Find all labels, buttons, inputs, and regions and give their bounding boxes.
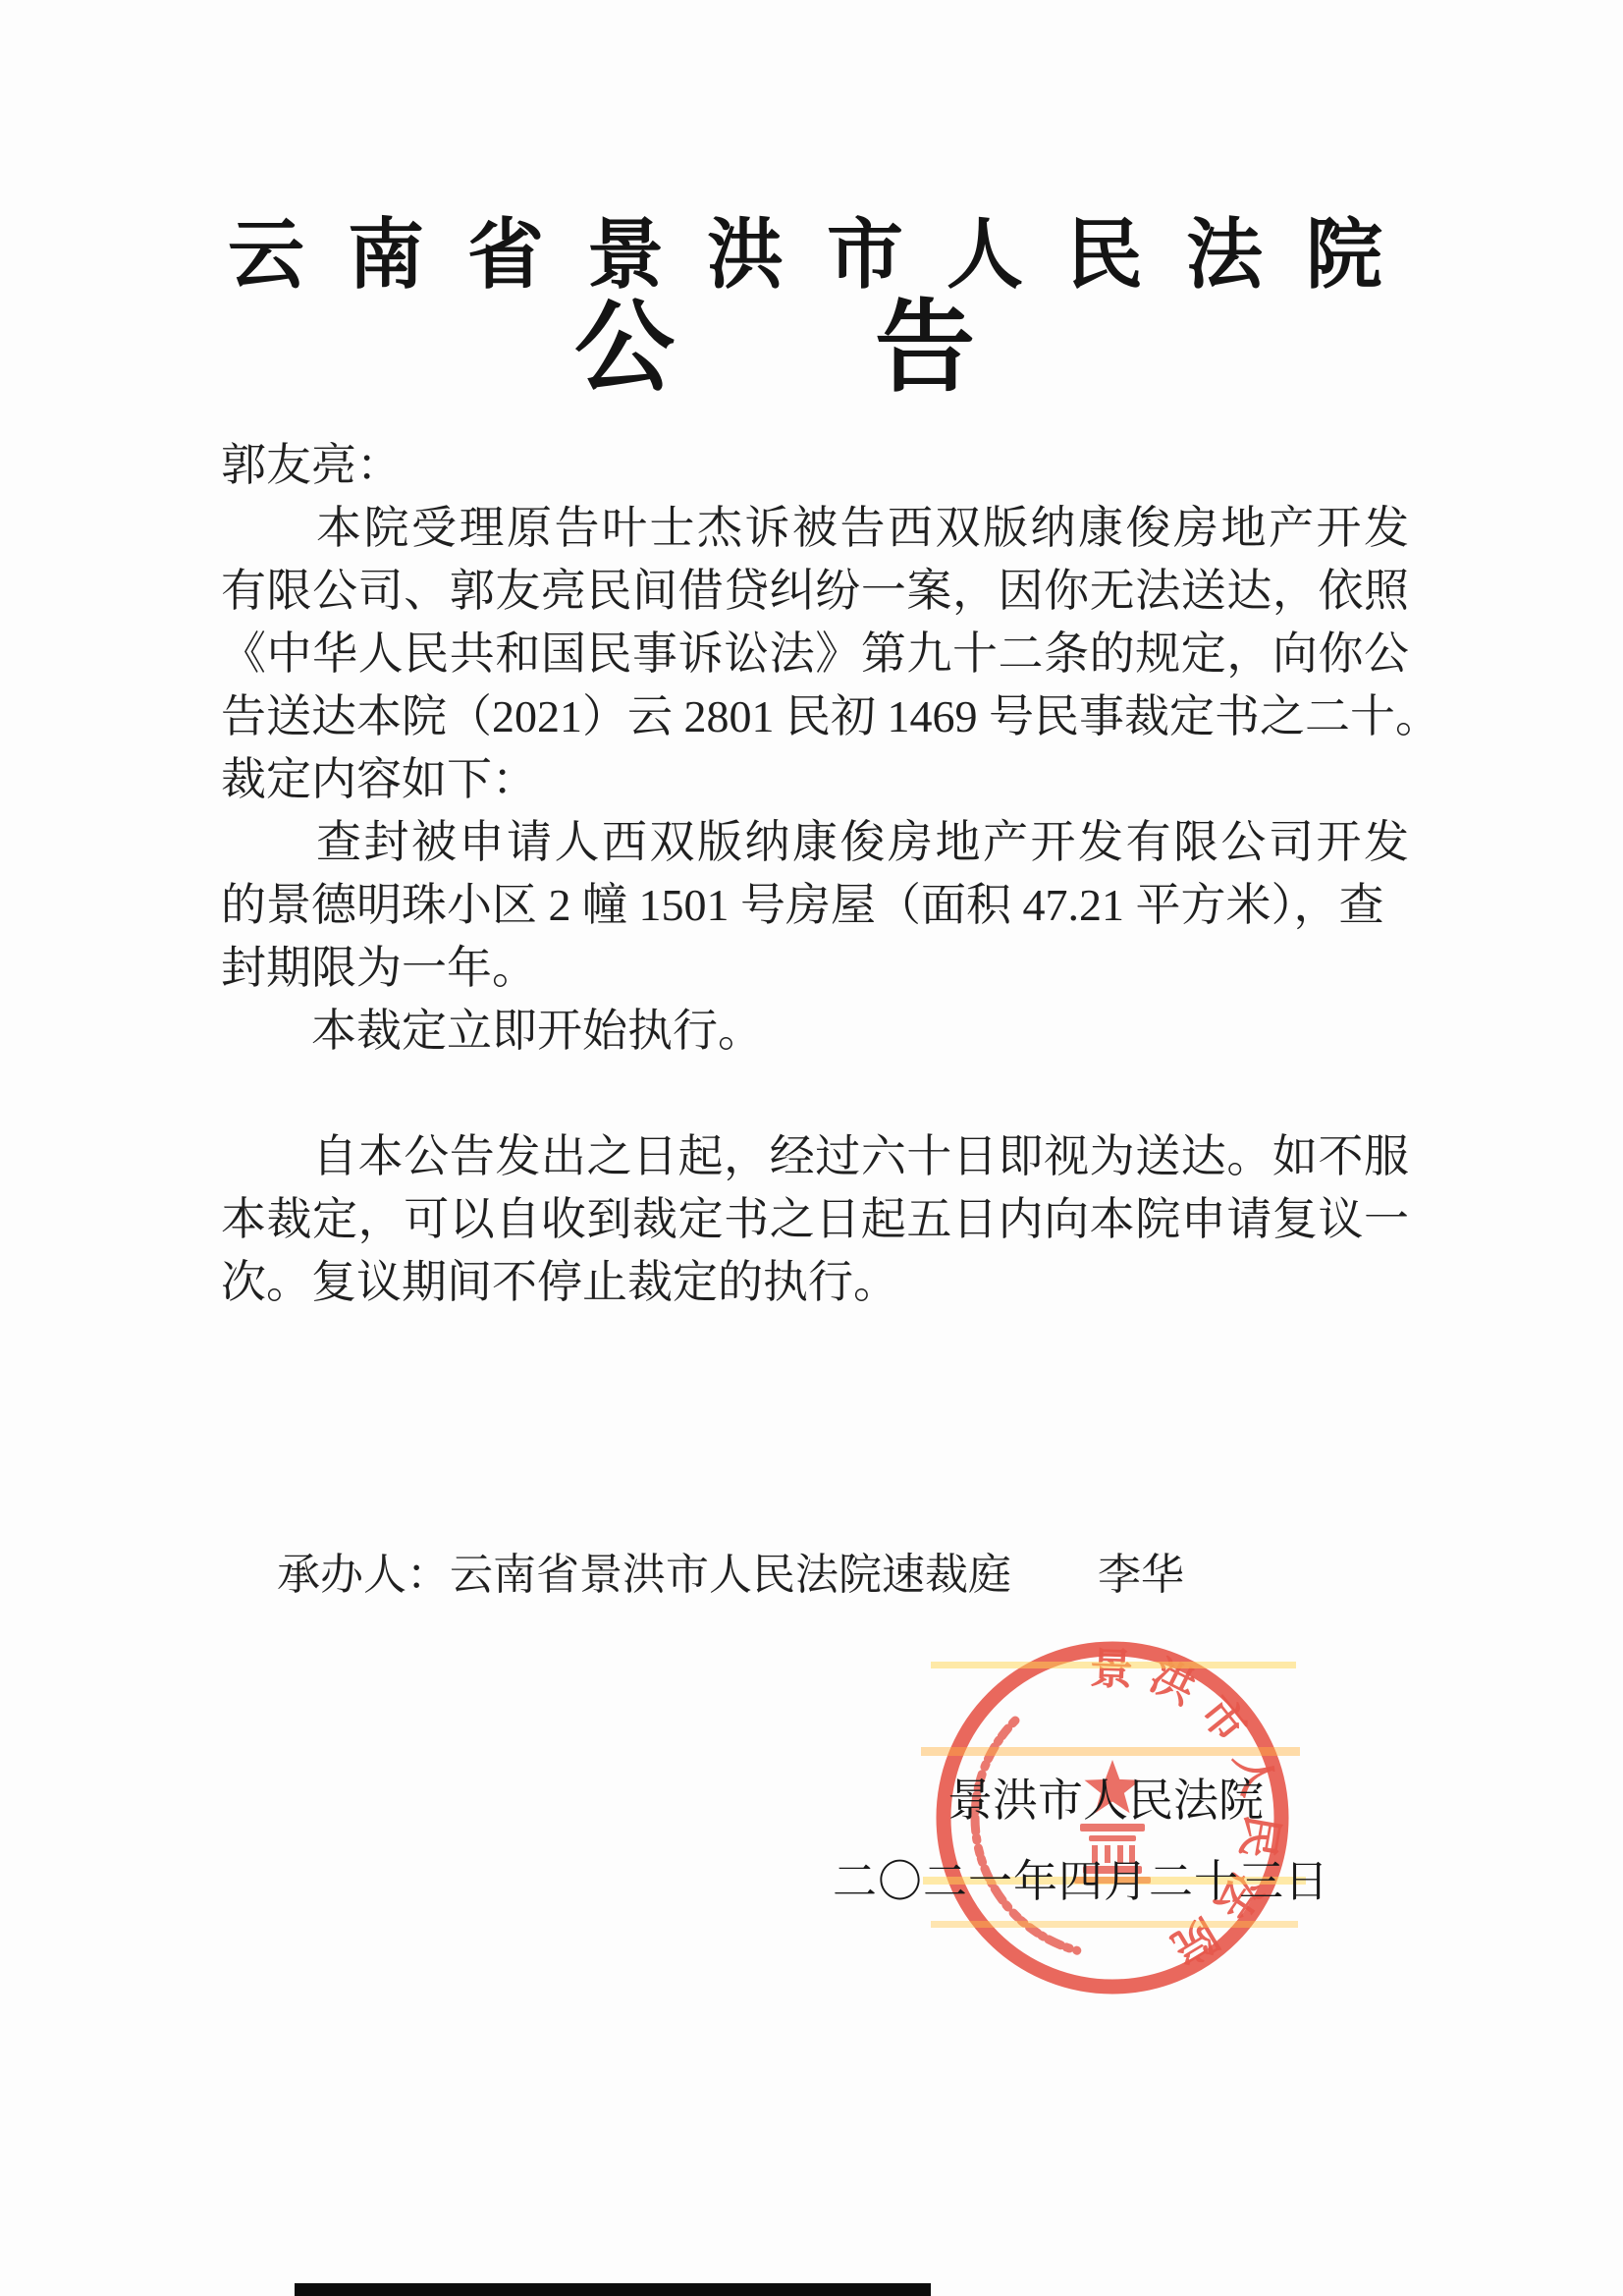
body-line: 自本公告发出之日起，经过六十日即视为送达。如不服	[221, 1125, 1409, 1188]
body-line: 裁定内容如下：	[221, 748, 1409, 811]
body-line: 本院受理原告叶士杰诉被告西双版纳康俊房地产开发	[221, 497, 1409, 560]
date-line: 二〇二一年四月二十三日	[833, 1854, 1329, 1909]
body-line: 本裁定立即开始执行。	[221, 1000, 1409, 1063]
body-line: 《中华人民共和国民事诉讼法》第九十二条的规定，向你公	[221, 623, 1409, 685]
body-line: 郭友亮：	[221, 434, 1409, 497]
body-line: 查封被申请人西双版纳康俊房地产开发有限公司开发	[221, 811, 1409, 874]
scan-artifact-bar	[295, 2283, 931, 2296]
body-line: 告送达本院（2021）云 2801 民初 1469 号民事裁定书之二十。	[221, 685, 1409, 748]
body-line: 本裁定，可以自收到裁定书之日起五日内向本院申请复议一	[221, 1188, 1409, 1251]
scanned-court-notice-page: 云南省景洪市人民法院 公 告 郭友亮： 本院受理原告叶士杰诉被告西双版纳康俊房地…	[0, 0, 1623, 2296]
body-line	[221, 1063, 1409, 1125]
body-line: 有限公司、郭友亮民间借贷纠纷一案，因你无法送达，依照	[221, 560, 1409, 623]
body-lines: 郭友亮： 本院受理原告叶士杰诉被告西双版纳康俊房地产开发有限公司、郭友亮民间借贷…	[221, 434, 1409, 1314]
handler-line: 承办人：云南省景洪市人民法院速裁庭 李华	[277, 1548, 1184, 1603]
signature-court-name: 景洪市人民法院	[947, 1774, 1264, 1829]
seal-dai-script-arc	[975, 1721, 1077, 1950]
body-line: 的景德明珠小区 2 幢 1501 号房屋（面积 47.21 平方米），查	[221, 874, 1409, 937]
body-line: 次。复议期间不停止裁定的执行。	[221, 1251, 1409, 1314]
court-name-title: 云南省景洪市人民法院	[228, 212, 1426, 297]
notice-title: 公 告	[574, 293, 975, 403]
body-line: 封期限为一年。	[221, 937, 1409, 1000]
